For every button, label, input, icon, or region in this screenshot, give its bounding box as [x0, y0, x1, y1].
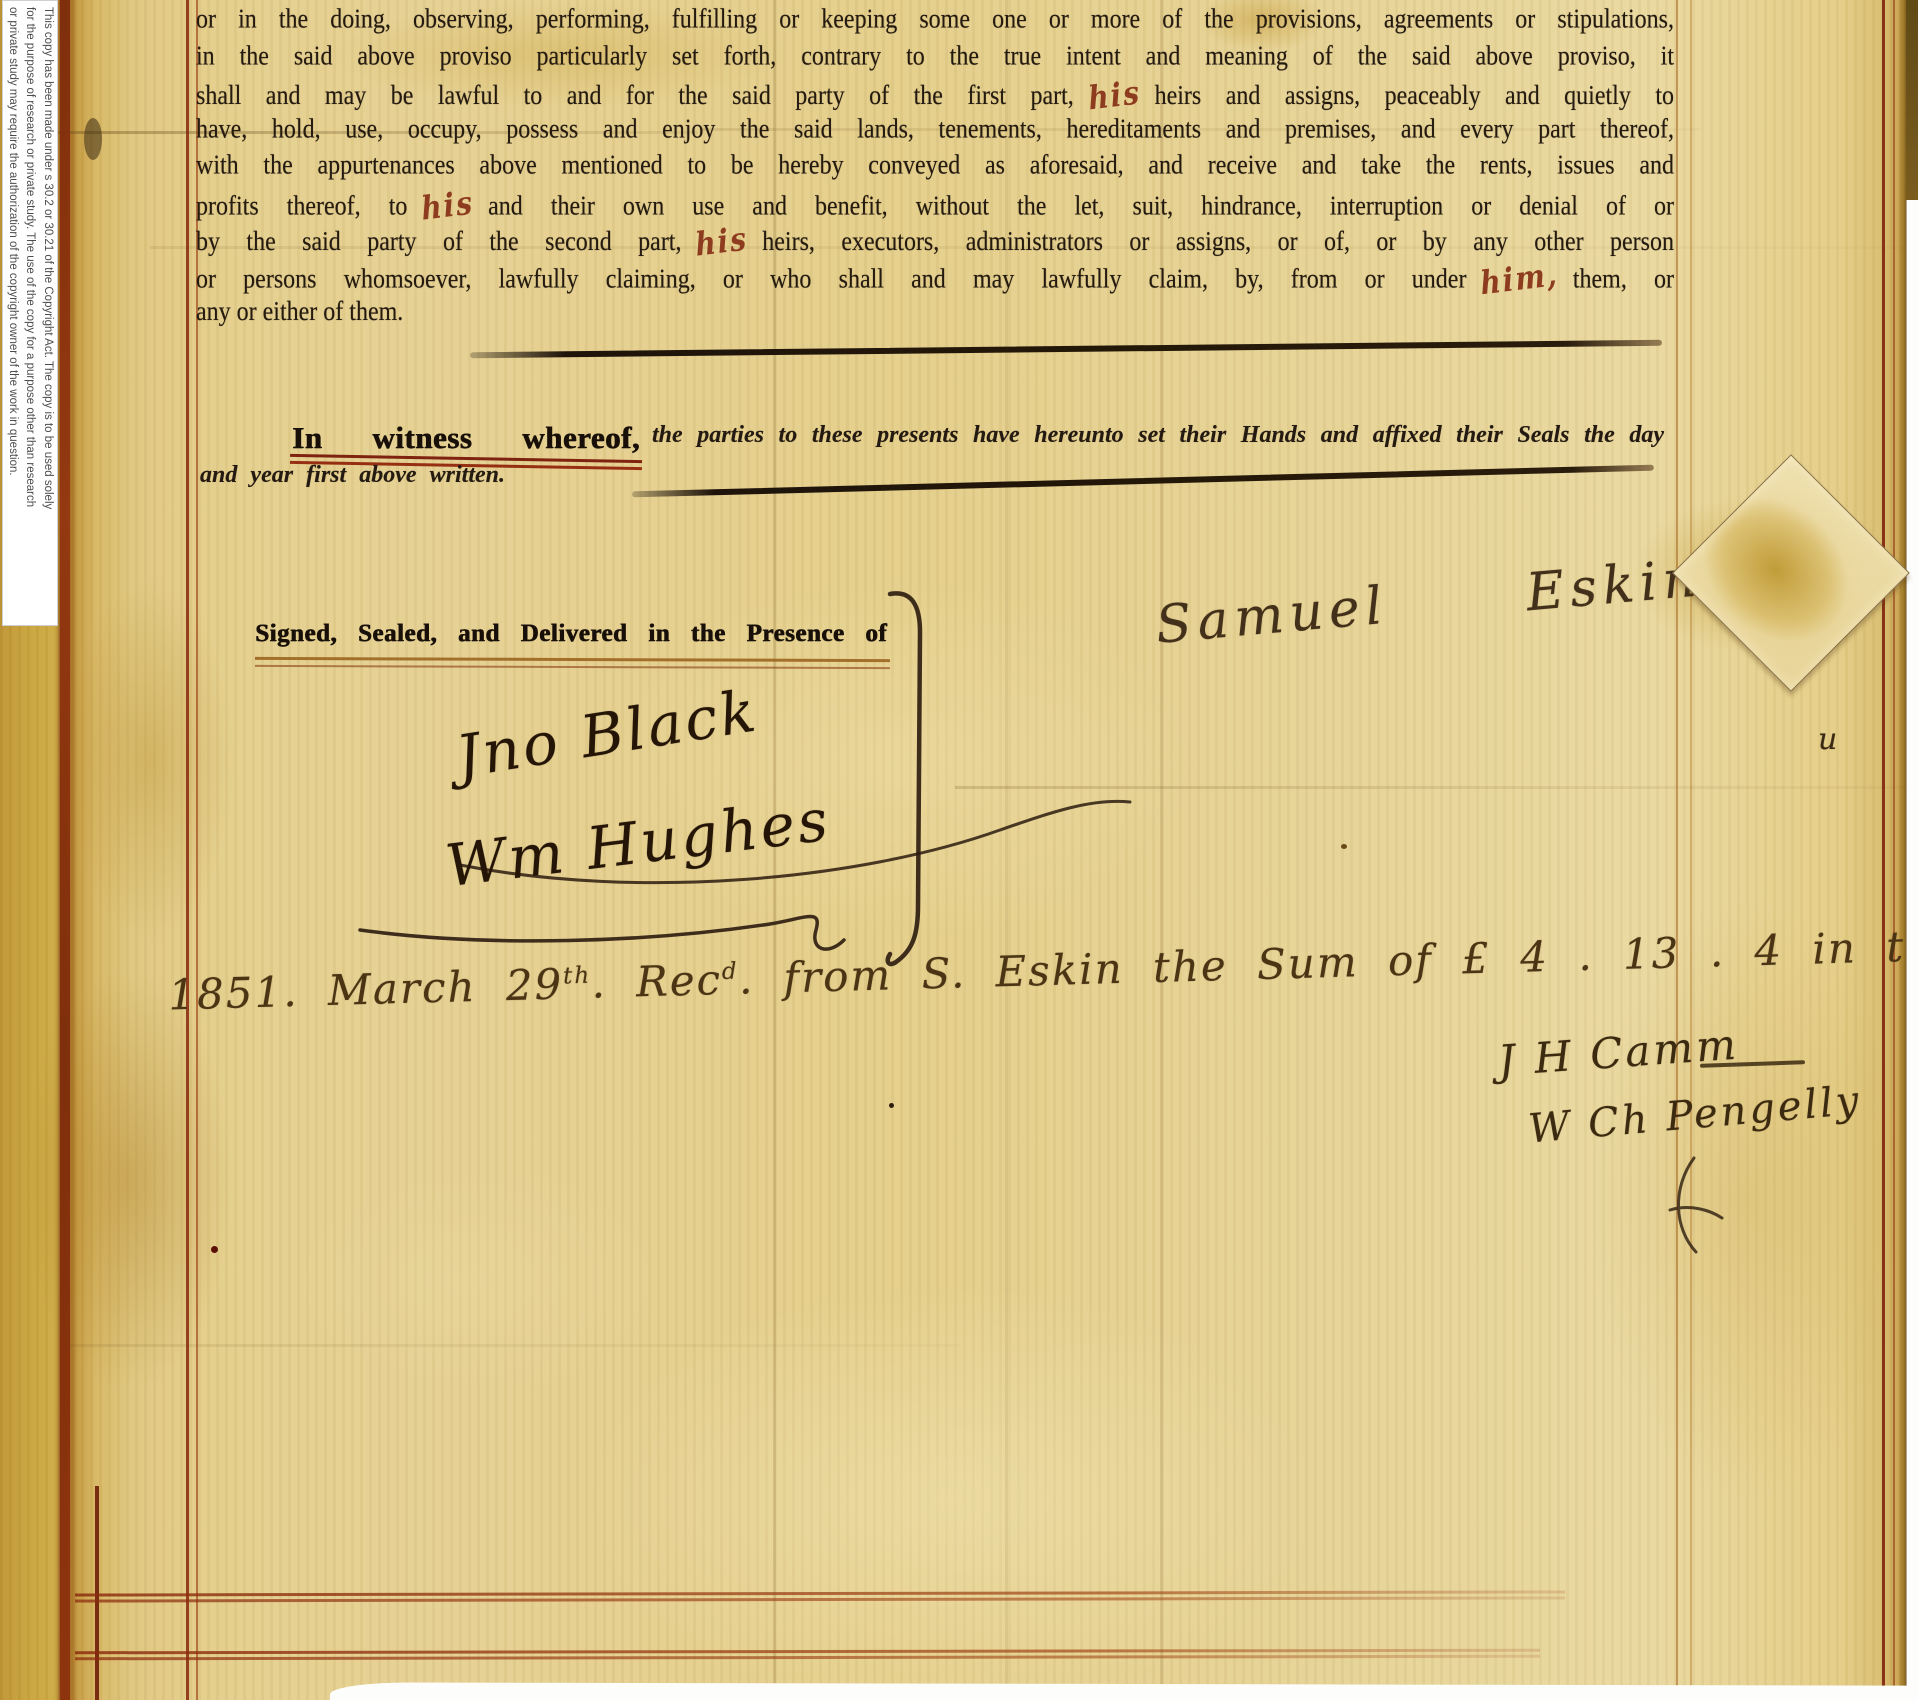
printed-line: or persons whomsoever, lawfully claiming…	[196, 258, 1674, 295]
receipt-abbrev: . Rec	[591, 955, 723, 1008]
copyright-notice-line: for the purpose of research or private s…	[21, 7, 39, 619]
witness-clause-body2: and year first above written.	[200, 462, 505, 489]
scan-edge-shadow	[1906, 0, 1918, 200]
paper-tear-shadow	[84, 118, 102, 160]
witness-clause-lead: In witness whereof,	[292, 420, 640, 456]
printed-paragraph: or in the doing, observing, performing, …	[196, 2, 1674, 331]
printed-text: and their own use and benefit, without t…	[488, 191, 1674, 221]
ink-speck	[211, 1246, 218, 1253]
scan-edge-white	[1906, 200, 1918, 1700]
printed-text: profits thereof, to	[196, 191, 407, 221]
printed-text: by the said party of the second part,	[196, 227, 681, 257]
copyright-notice-line: or private study may require the authori…	[4, 7, 22, 619]
printed-text: or in the doing, observing, performing, …	[196, 4, 1674, 34]
scanned-deed-page: or in the doing, observing, performing, …	[0, 0, 1918, 1700]
printed-text: heirs and assigns, peaceably and quietly…	[1155, 81, 1674, 111]
printed-text: with the appurtenances above mentioned t…	[196, 150, 1674, 180]
printed-text: have, hold, use, occupy, possess and enj…	[196, 114, 1674, 144]
scan-edge-white	[330, 1682, 1918, 1700]
printed-line: any or either of them.	[196, 294, 1674, 331]
right-margin-red-line	[1882, 0, 1895, 1700]
signature-flourish	[1650, 1150, 1730, 1260]
printed-text: any or either of them.	[196, 297, 403, 327]
printed-line: profits thereof, tohisand their own use …	[196, 185, 1674, 222]
right-margin-faint-line	[1676, 0, 1692, 1700]
printed-line: shall and may be lawful to and for the s…	[196, 75, 1674, 112]
attestation-heading: Signed, Sealed, and Delivered in the Pre…	[255, 620, 887, 648]
printed-text: them, or	[1573, 264, 1674, 294]
ink-speck	[1341, 844, 1347, 849]
printed-text: heirs, executors, administrators or assi…	[762, 227, 1674, 257]
printed-line: with the appurtenances above mentioned t…	[196, 148, 1674, 185]
left-edge-red-line	[60, 0, 70, 1700]
receipt-date-ordinal: th	[563, 963, 592, 990]
ink-speck	[889, 1103, 894, 1108]
printed-line: in the said above proviso particularly s…	[196, 39, 1674, 76]
printed-text: or persons whomsoever, lawfully claiming…	[196, 264, 1466, 294]
stray-ink-mark: u	[1818, 722, 1837, 757]
printed-line: or in the doing, observing, performing, …	[196, 2, 1674, 39]
copyright-notice-strip: This copy has been made under s 30.2 or …	[2, 0, 58, 626]
printed-text: in the said above proviso particularly s…	[196, 41, 1674, 71]
copyright-notice-line: This copy has been made under s 30.2 or …	[39, 7, 57, 619]
witness-clause-body: the parties to these presents have hereu…	[652, 422, 1664, 449]
printed-line: have, hold, use, occupy, possess and enj…	[196, 112, 1674, 149]
receipt-abbrev-sup: d	[721, 959, 739, 985]
printed-text: shall and may be lawful to and for the s…	[196, 81, 1074, 111]
